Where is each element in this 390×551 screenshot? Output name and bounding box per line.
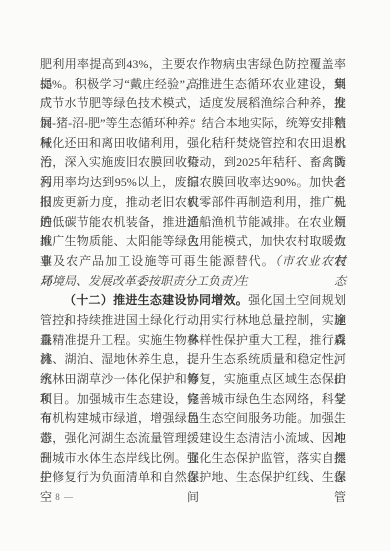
text-line: 护修复行为负面清单和自然保护地、生态保护红线、生态空间管: [40, 468, 346, 488]
text-line: 广节水节肥等绿色技术模式，适度发展稻渔综合种养，发展“粮: [40, 94, 346, 114]
text-segment-kai: 环境局、发展改革委按职责分工负责）: [40, 274, 244, 288]
text-segment-song: 业及农产品加工设施等可再生能源替代。: [40, 254, 275, 268]
text-line: 械化还田和离田收储利用，强化秸秆焚烧管控和农田退水污染防: [40, 134, 346, 154]
text-line: （十二）推进生态建设协同增效。强化国土空间规划和用途: [40, 291, 346, 311]
text-line: 项目。加强城市生态建设，完善城市绿色生态网络，科学布局、: [40, 390, 346, 410]
text-line: 治，深入实施废旧农膜回收行动，到2025年秸秆、畜禽粪污综合: [40, 153, 346, 173]
text-line: 流、湖泊、湿地休养生息，提升生态系统质量和稳定性。统筹山: [40, 350, 346, 370]
text-line: 业及农产品加工设施等可再生能源替代。（市农业农村局、生态: [40, 252, 346, 272]
text-line: 水林田湖草沙一体化保护和修复，实施重点区域生态保护和修复: [40, 370, 346, 390]
text-line: 55%。积极学习“戴庄经验”，推进生态循环农业建设，集成推: [40, 75, 346, 95]
text-segment-song: 护修复行为负面清单和自然保护地、生态保护红线、生态空间管: [40, 470, 346, 504]
text-line: 有机构建城市绿道，增强绿色生态空间服务功能。加强生态缓冲: [40, 409, 346, 429]
text-line: 肥利用率提高到43%，主要农作物病虫害绿色防控覆盖率提高到: [40, 55, 346, 75]
text-line: 推广生物质能、太阳能等绿色用能模式，加快农村取暖炊事、农: [40, 232, 346, 252]
text-line: 利用率均达到95%以上，废旧农膜回收率达90%。加快老旧农机: [40, 173, 346, 193]
document-page: 肥利用率提高到43%，主要农作物病虫害绿色防控覆盖率提高到55%。积极学习“戴庄…: [0, 0, 390, 551]
text-line: 管控，持续推进国土绿化行动，实行林地总量控制，实施森林质: [40, 311, 346, 331]
text-line: 升城市水体生态岸线比例。强化生态保护监管，落实自然生态保: [40, 449, 346, 469]
text-line: 的低碳节能农机装备，推进渔船渔机节能减排。在农业领域大力: [40, 213, 346, 233]
text-line: 带，强化河湖生态流量管理，建设生态清洁小流域、因地制宜提: [40, 429, 346, 449]
page-number: — 8 —: [42, 492, 74, 502]
text-line: 量精准提升工程。实施生物多样性保护重大工程，推行森林、河: [40, 331, 346, 351]
text-line: 饲-猪-沼-肥”等生态循环种养。结合本地实际，统筹安排秸秆机: [40, 114, 346, 134]
text-line: 报废更新力度，推动老旧农机零部件再制造利用，推广先进适用: [40, 193, 346, 213]
text-block: 肥利用率提高到43%，主要农作物病虫害绿色防控覆盖率提高到55%。积极学习“戴庄…: [40, 55, 346, 488]
text-segment-bold: （十二）推进生态建设协同增效。: [64, 293, 248, 307]
